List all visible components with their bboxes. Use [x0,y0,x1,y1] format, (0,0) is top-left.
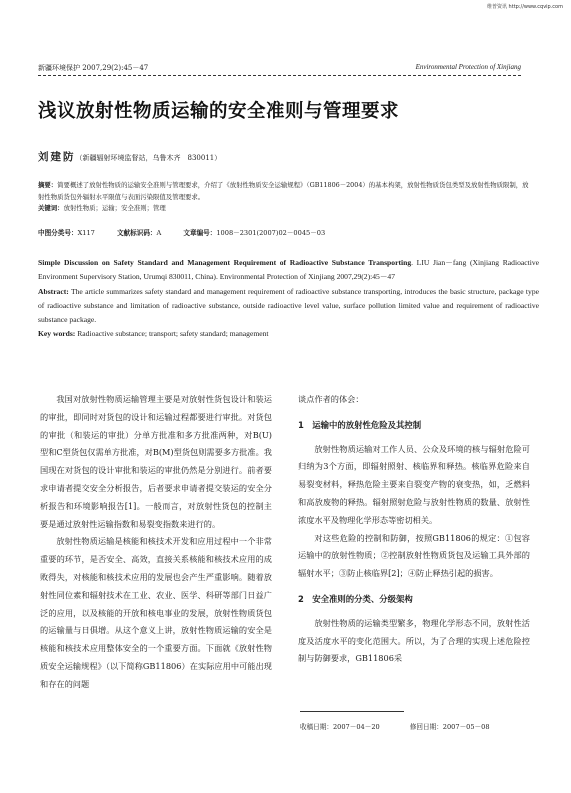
english-abstract-paragraph: Abstract: The article summarizes safety … [38,285,539,328]
keywords-en-text: Radioactive substance; transport; safety… [75,329,268,338]
author-name: 刘建防 [38,151,76,163]
english-abstract: Simple Discussion on Safety Standard and… [38,256,539,342]
article-id: 文章编号：1008－2301(2007)02－0045－03 [183,229,325,237]
footnote-divider [300,711,404,712]
english-title: Simple Discussion on Safety Standard and… [38,258,411,267]
abstract-en-text: The article summarizes safety standard a… [38,287,539,325]
classification-meta: 中图分类号：X117 文献标识码：A 文章编号：1008－2301(2007)0… [38,227,345,237]
body-paragraph: 放射性物质运输对工作人员、公众及环境的核与辐射危险可归纳为3个方面，即辐射照射、… [298,441,530,530]
paper-title: 浅议放射性物质运输的安全准则与管理要求 [38,97,399,123]
section-heading-2: 2 安全准则的分类、分级架构 [298,591,530,609]
keywords-en: Key words: Radioactive substance; transp… [38,327,539,341]
body-paragraph: 放射性物质运输是核能和核技术开发和应用过程中一个非常重要的环节，是否安全、高效，… [40,533,272,693]
chinese-abstract: 摘要：简要概述了放射性物质的运输安全准则与管理要求，介绍了《放射性物质安全运输规… [38,180,533,215]
body-column-left: 我国对放射性物质运输管理主要是对放射性货包设计和装运的审批，即同时对货包的设计和… [40,391,272,694]
keywords-en-label: Key words: [38,329,75,338]
abstract-en-label: Abstract: [38,287,69,296]
body-paragraph: 谈点作者的体会： [298,391,530,409]
journal-name-en: Environmental Protection of Xinjiang [416,63,521,73]
received-date: 收稿日期：2007－04－20 [300,723,380,731]
body-paragraph: 放射性物质的运输类型繁多，物理化学形态不同，放射性活度及活度水平的变化范围大。所… [298,615,530,668]
body-paragraph: 对这些危险的控制和防御，按照GB11806的规定：①包容运输中的放射性物质；②控… [298,530,530,583]
header-divider [38,75,521,76]
watermark: 维普资讯 http://www.cqvip.com [487,3,563,10]
author-affiliation: （新疆辐射环境监督站，乌鲁木齐 830011） [76,154,222,162]
journal-citation-cn: 新疆环境保护 2007,29(2):45－47 [38,63,148,73]
document-code: 文献标识码：A [117,229,161,237]
body-paragraph: 我国对放射性物质运输管理主要是对放射性货包设计和装运的审批，即同时对货包的设计和… [40,391,272,533]
abstract-cn-label: 摘要： [38,181,57,189]
footnote-dates: 收稿日期：2007－04－20 修回日期：2007－05－08 [300,721,518,731]
abstract-cn-paragraph: 摘要：简要概述了放射性物质的运输安全准则与管理要求，介绍了《放射性物质安全运输规… [38,180,533,203]
running-header: 新疆环境保护 2007,29(2):45－47 Environmental Pr… [38,63,521,73]
revised-date: 修回日期：2007－05－08 [410,723,490,731]
keywords-cn-label: 关键词： [38,204,64,212]
keywords-cn-text: 放射性物质；运输；安全准则；管理 [64,204,166,212]
english-title-citation: Simple Discussion on Safety Standard and… [38,256,539,285]
author-line: 刘建防（新疆辐射环境监督站，乌鲁木齐 830011） [38,149,221,164]
abstract-cn-text: 简要概述了放射性物质的运输安全准则与管理要求，介绍了《放射性物质安全运输规程》（… [38,181,529,201]
section-heading-1: 1 运输中的放射性危险及其控制 [298,417,530,435]
clc-number: 中图分类号：X117 [38,229,95,237]
keywords-cn: 关键词：放射性物质；运输；安全准则；管理 [38,203,533,215]
body-column-right: 谈点作者的体会： 1 运输中的放射性危险及其控制 放射性物质运输对工作人员、公众… [298,391,530,668]
